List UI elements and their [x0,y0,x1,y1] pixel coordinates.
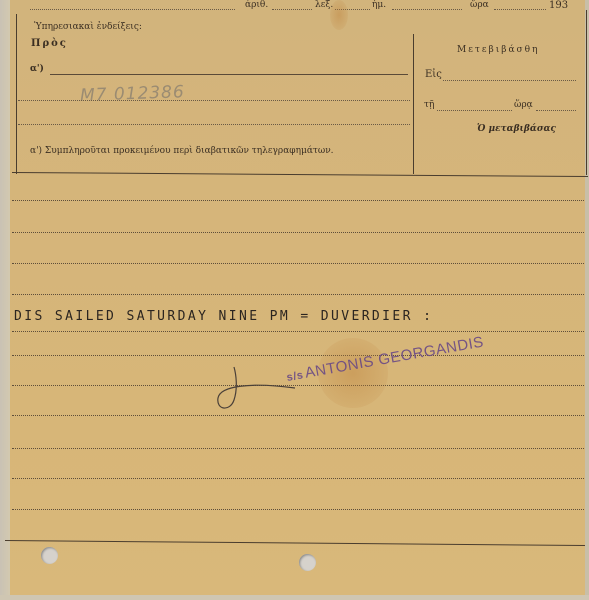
transfer-day-field [437,110,512,111]
transfer-day-label: τῇ [424,100,434,110]
header-right-border [586,10,587,175]
number-label: ἀριθ. [245,0,268,10]
transfer-hour-label: ὥρᾳ [514,100,533,110]
message-line [12,331,584,332]
stamp-prefix: s/s [286,369,305,384]
transfer-hour-field [536,110,576,111]
scan-left-edge [0,0,10,600]
year-label: 193 [549,0,568,11]
transfer-title: Μετεβιβάσθη [457,45,540,55]
header-divider [413,34,414,174]
recipient-line-1 [50,74,408,75]
message-line [12,355,584,356]
message-line [12,200,584,201]
message-line [12,478,584,479]
header-left-border [16,14,17,174]
water-stain [330,0,348,30]
top-dotted-line [30,9,235,10]
header-bottom-rule [12,172,588,177]
telegram-message: DIS SAILED SATURDAY NINE PM = DUVERDIER … [14,309,433,324]
scan-bottom-edge [0,595,589,600]
item-a-label: α') [30,64,44,74]
message-line [12,294,584,295]
message-bottom-rule [5,540,585,546]
transfer-to-label: Εἰς [425,69,442,80]
punch-hole [41,547,58,564]
hour-field [494,9,546,10]
recipient-line-2 [18,100,410,101]
transfer-to-field [443,80,576,81]
number-field [272,9,312,10]
telegram-form: ἀριθ. λεξ. ἡμ. ὥρα 193 Ὑπηρεσιακαὶ ἐνδεί… [0,0,589,600]
day-label: ἡμ. [372,0,386,10]
handwritten-reference: M7 012386 [80,82,185,106]
message-line [12,448,584,449]
recipient-line-3 [18,124,410,125]
message-line [12,509,584,510]
day-field [392,9,462,10]
hour-label: ὥρα [470,0,489,10]
to-label: Πρὸς [31,38,68,49]
punch-hole [299,554,316,571]
footnote-text: α') Συμπληροῦται προκειμένου περὶ διαβατ… [30,146,334,156]
transferred-by-label: Ὁ μεταβιβάσας [477,124,556,134]
message-line [12,232,584,233]
message-line [12,263,584,264]
service-notes-label: Ὑπηρεσιακαὶ ἐνδείξεις: [34,22,142,32]
